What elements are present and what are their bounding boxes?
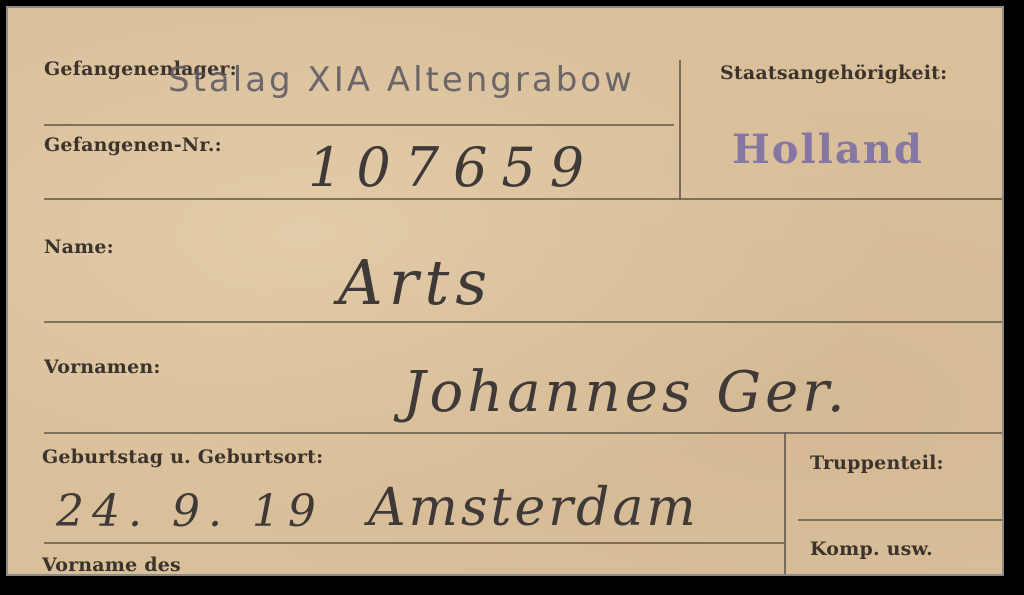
- divider-nationality: [679, 60, 681, 200]
- divider-unit: [784, 432, 786, 576]
- rule-under-given-names: [44, 432, 1002, 434]
- camp-stamp: Stalag XIA Altengrabow: [168, 60, 635, 100]
- given-names-value: Johannes Ger.: [403, 360, 849, 425]
- unit-label: Truppenteil:: [810, 452, 944, 474]
- prisoner-number-value: 107659: [308, 136, 598, 199]
- rule-under-birth: [44, 542, 784, 544]
- prisoner-record-card: Gefangenenlager: Stalag XIA Altengrabow …: [6, 6, 1004, 576]
- birth-label: Geburtstag u. Geburtsort:: [42, 446, 323, 468]
- nationality-label: Staatsangehörigkeit:: [720, 62, 947, 84]
- rule-under-unit: [798, 519, 1002, 521]
- birth-place-value: Amsterdam: [368, 478, 699, 538]
- rule-under-camp: [44, 124, 674, 126]
- prisoner-number-label: Gefangenen-Nr.:: [44, 134, 222, 156]
- birth-date-value: 24. 9. 19: [56, 486, 324, 537]
- given-names-label: Vornamen:: [44, 356, 161, 378]
- rule-under-name: [44, 321, 1002, 323]
- surname-value: Arts: [338, 246, 493, 319]
- company-label: Komp. usw.: [810, 538, 933, 560]
- father-name-label: Vorname des: [42, 554, 181, 576]
- nationality-stamp: Holland: [732, 126, 924, 173]
- surname-label: Name:: [44, 236, 114, 258]
